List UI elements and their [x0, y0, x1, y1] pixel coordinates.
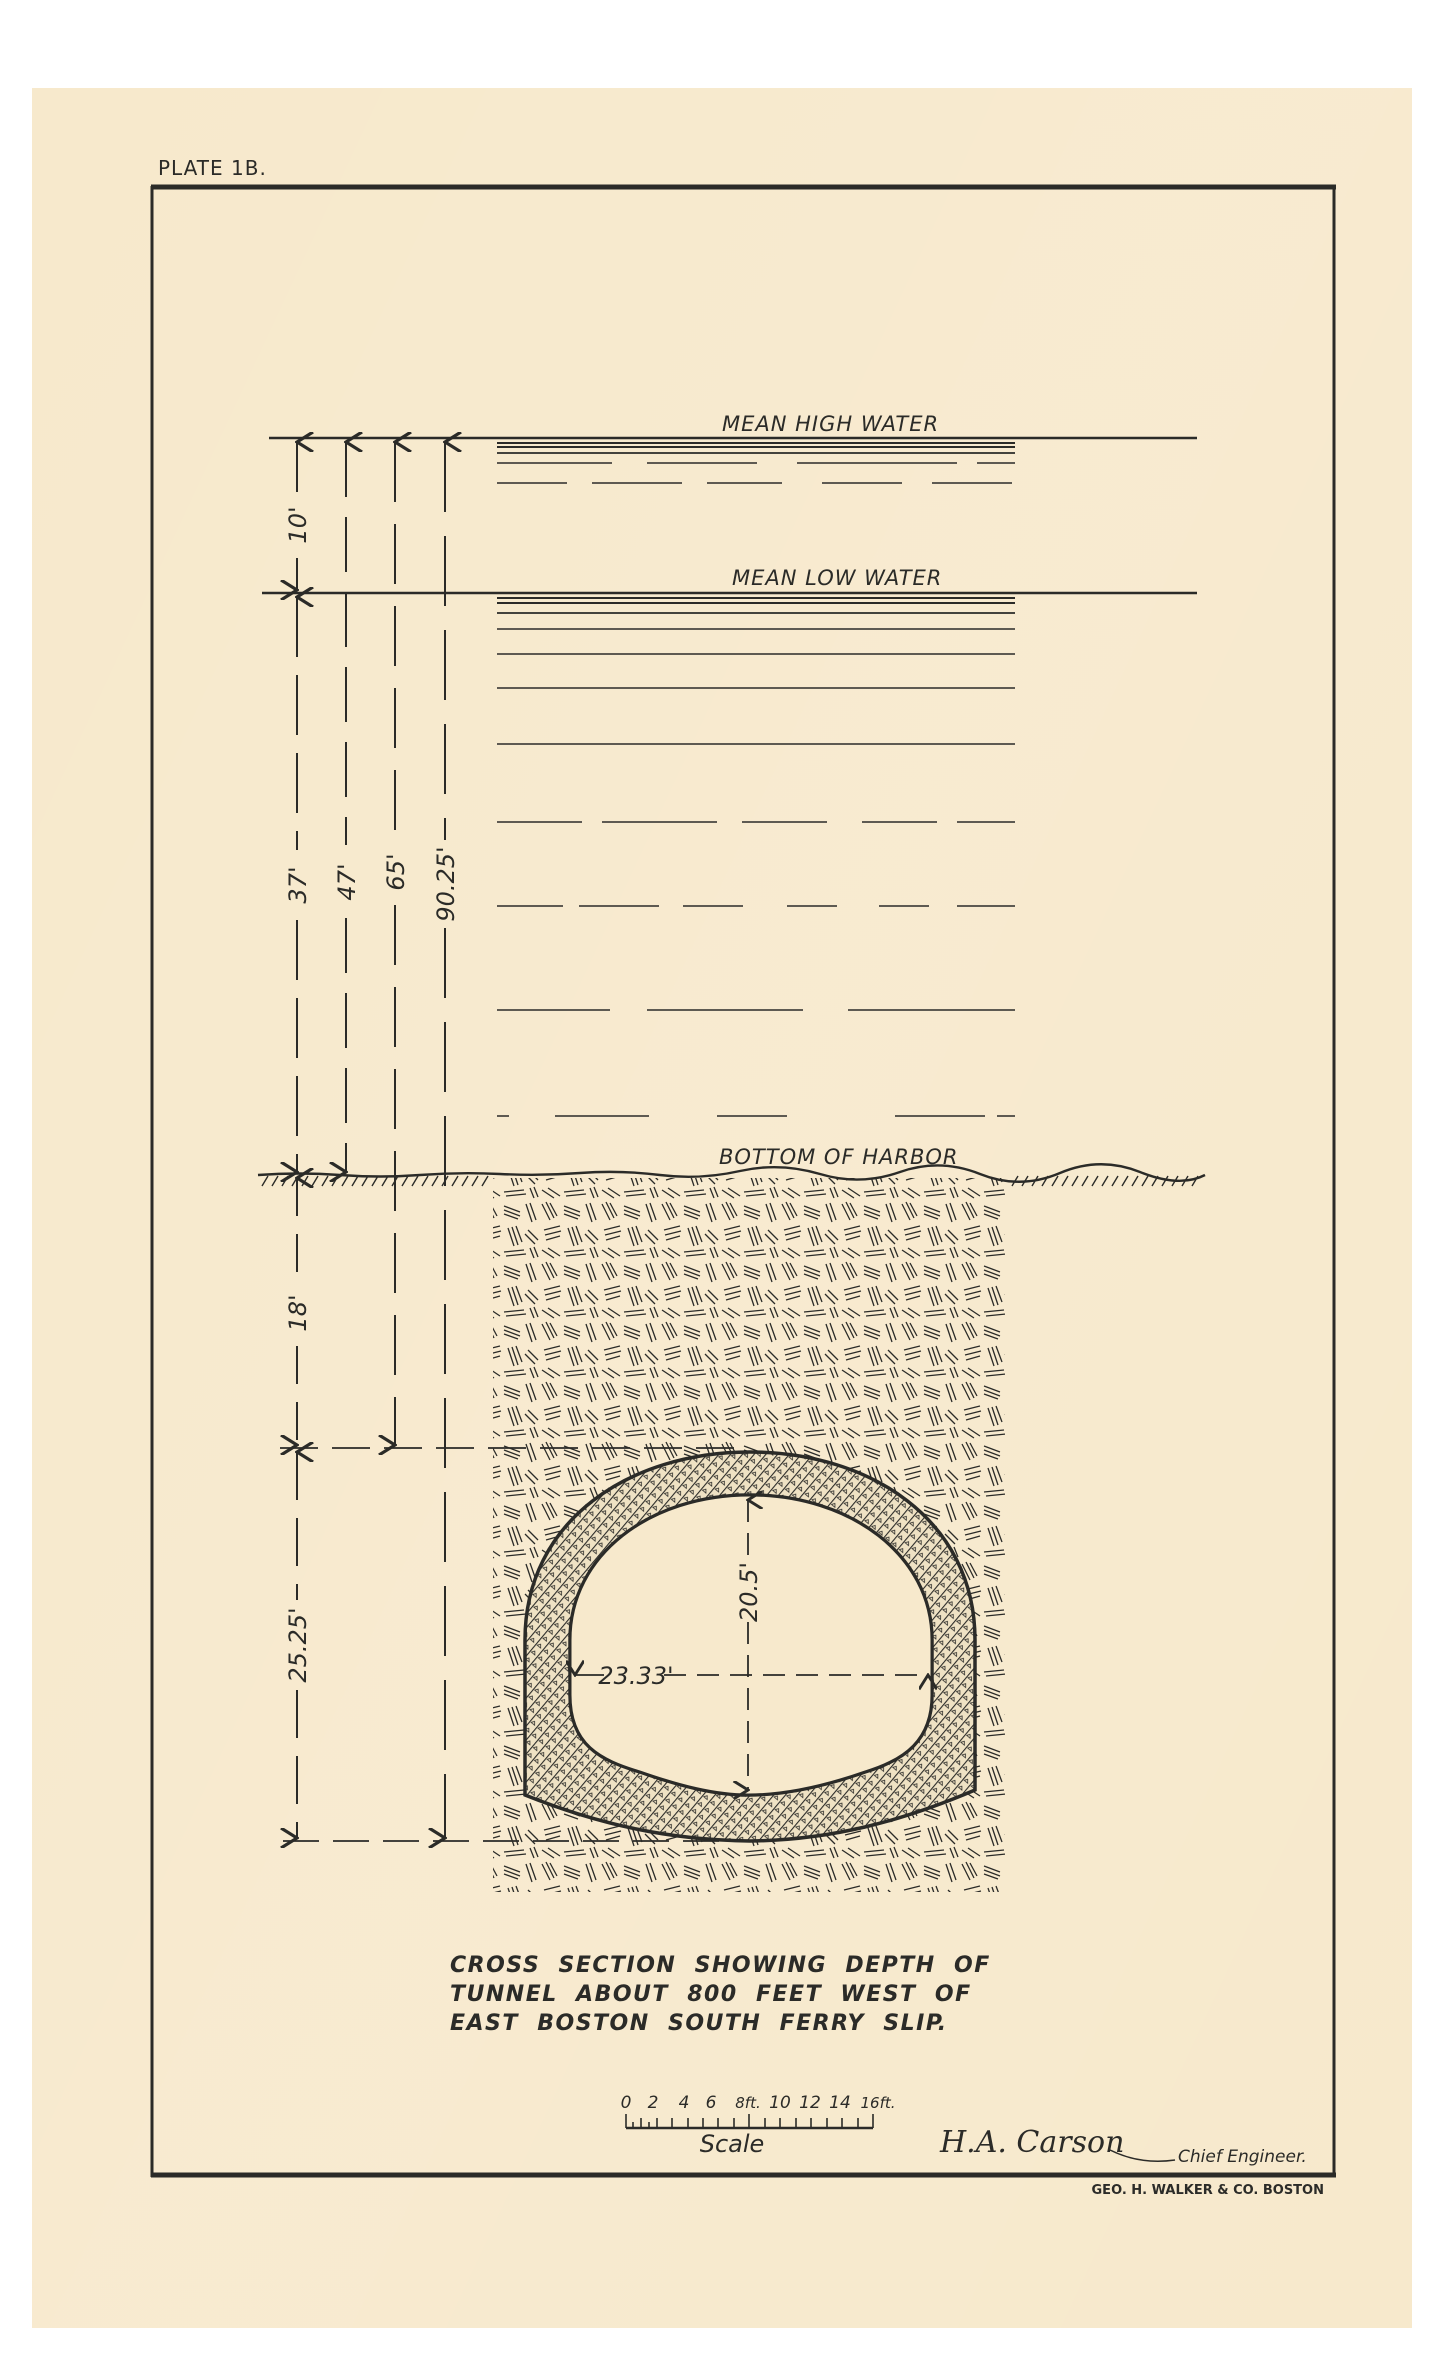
dim-label-65ft: 65': [382, 853, 410, 890]
tunnel-section: [525, 1452, 975, 1841]
printer-credit: GEO. H. WALKER & CO. BOSTON: [1092, 2183, 1324, 2198]
dim-label-18ft: 18': [284, 1294, 312, 1331]
svg-text:EAST BOSTON SOUTH FERRY SL: EAST BOSTON SOUTH FERRY SLIP.: [450, 2011, 948, 2036]
dim-label-90-25ft: 90.25': [432, 846, 460, 921]
depth-dimension-lines: [297, 442, 445, 1838]
svg-text:6: 6: [706, 2093, 717, 2113]
svg-text:4: 4: [679, 2093, 690, 2113]
svg-text:14: 14: [829, 2093, 851, 2113]
signature-block: H.A. Carson Chief Engineer.: [939, 2125, 1307, 2167]
mean-high-water-line: [269, 438, 1197, 483]
dim-label-25-25ft: 25.25': [284, 1607, 312, 1682]
svg-text:0: 0: [621, 2093, 632, 2113]
tunnel-height-label: 20.5': [735, 1562, 763, 1622]
scale-label: Scale: [700, 2130, 765, 2158]
cross-section-drawing: 23.33' 20.5' 10' 37' 47' 65' 90.25' 18' …: [0, 0, 1445, 2362]
dim-label-10ft: 10': [284, 506, 312, 543]
plate-label: PLATE 1B.: [158, 156, 267, 180]
svg-text:CROSS SECTION SHOWING DEPTH: CROSS SECTION SHOWING DEPTH OF: [450, 1953, 991, 1978]
mean-low-water-label: MEAN LOW WATER: [732, 566, 942, 590]
svg-text:8ft.: 8ft.: [735, 2094, 760, 2112]
svg-text:12: 12: [799, 2093, 821, 2113]
svg-text:2: 2: [648, 2093, 659, 2113]
scale-bar: 0 2 4 6 8ft. 10 12 14 16ft.: [621, 2093, 896, 2158]
tunnel-width-label: 23.33': [598, 1662, 673, 1690]
drawing-caption: CROSS SECTION SHOWING DEPTH OF TUNNEL AB…: [450, 1953, 991, 2036]
dim-label-37ft: 37': [284, 866, 312, 903]
svg-text:16ft.: 16ft.: [860, 2094, 895, 2112]
signature: H.A. Carson: [939, 2125, 1124, 2160]
bottom-of-harbor-label: BOTTOM OF HARBOR: [719, 1145, 958, 1169]
svg-text:10: 10: [769, 2093, 791, 2113]
signature-title: Chief Engineer.: [1178, 2147, 1307, 2167]
mean-high-water-label: MEAN HIGH WATER: [722, 412, 939, 436]
dim-label-47ft: 47': [333, 863, 361, 900]
svg-text:TUNNEL ABOUT 800 FEET WEST: TUNNEL ABOUT 800 FEET WEST OF: [450, 1982, 972, 2007]
